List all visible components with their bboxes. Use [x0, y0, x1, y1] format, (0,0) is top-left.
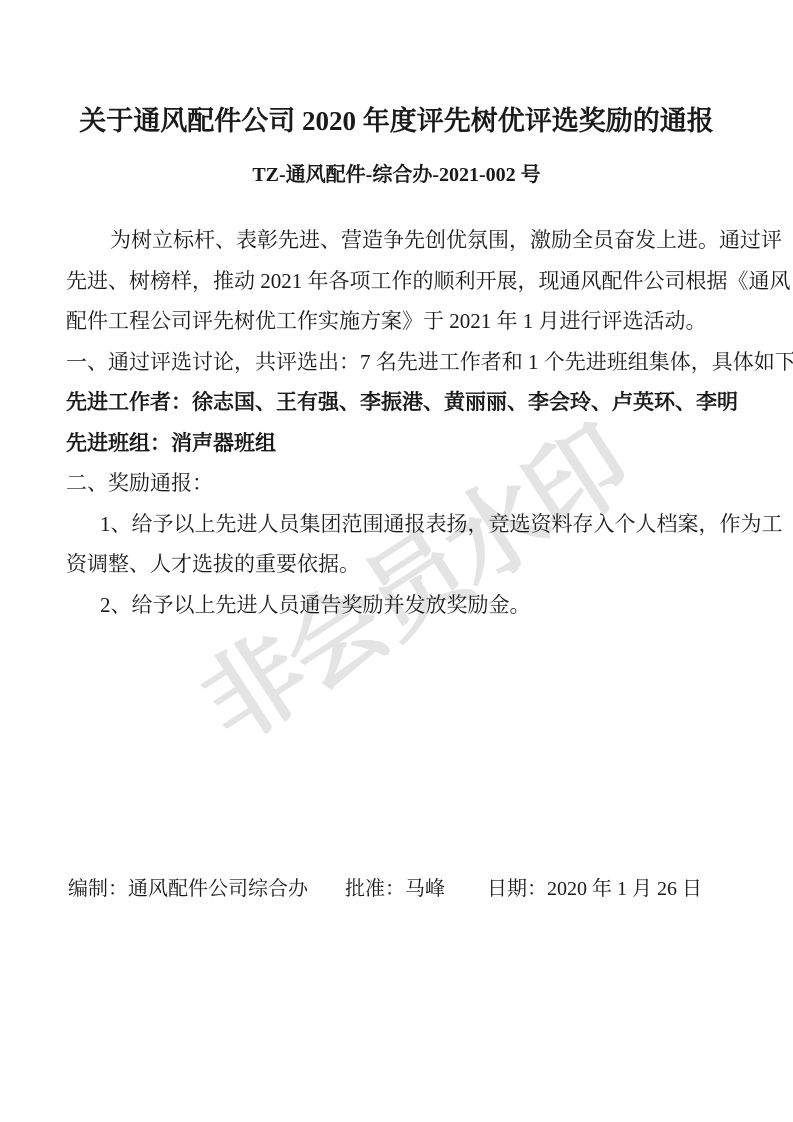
body-line: 一、通过评选讨论，共评选出：7 名先进工作者和 1 个先进班组集体，具体如下： — [66, 342, 738, 383]
document-number: TZ-通风配件-综合办-2021-002 号 — [0, 160, 793, 190]
body-line: 资调整、人才选拔的重要依据。 — [66, 544, 738, 585]
body-line: 二、奖励通报： — [66, 463, 738, 504]
footer-date: 日期：2020 年 1 月 26 日 — [487, 872, 702, 906]
body-line-advanced-team: 先进班组：消声器班组 — [66, 423, 738, 464]
body-line: 1、给予以上先进人员集团范围通报表扬，竞选资料存入个人档案，作为工 — [66, 504, 738, 545]
footer-approved-by: 批准：马峰 — [345, 872, 445, 906]
document-page: 非会员水印 关于通风配件公司 2020 年度评先树优评选奖励的通报 TZ-通风配… — [0, 0, 793, 1122]
body-line: 为树立标杆、表彰先进、营造争先创优氛围，激励全员奋发上进。通过评 — [66, 220, 738, 261]
body-line: 配件工程公司评先树优工作实施方案》于 2021 年 1 月进行评选活动。 — [66, 301, 738, 342]
body-line: 先进、树榜样，推动 2021 年各项工作的顺利开展，现通风配件公司根据《通风 — [66, 261, 738, 302]
body-line-advanced-workers: 先进工作者：徐志国、王有强、李振港、黄丽丽、李会玲、卢英环、李明 — [66, 382, 738, 423]
footer-prepared-by: 编制：通风配件公司综合办 — [68, 872, 308, 906]
document-title: 关于通风配件公司 2020 年度评先树优评选奖励的通报 — [0, 100, 793, 142]
document-footer: 编制：通风配件公司综合办 批准：马峰 日期：2020 年 1 月 26 日 — [0, 872, 793, 906]
body-line: 2、给予以上先进人员通告奖励并发放奖励金。 — [66, 585, 738, 626]
document-body: 为树立标杆、表彰先进、营造争先创优氛围，激励全员奋发上进。通过评 先进、树榜样，… — [66, 220, 738, 625]
